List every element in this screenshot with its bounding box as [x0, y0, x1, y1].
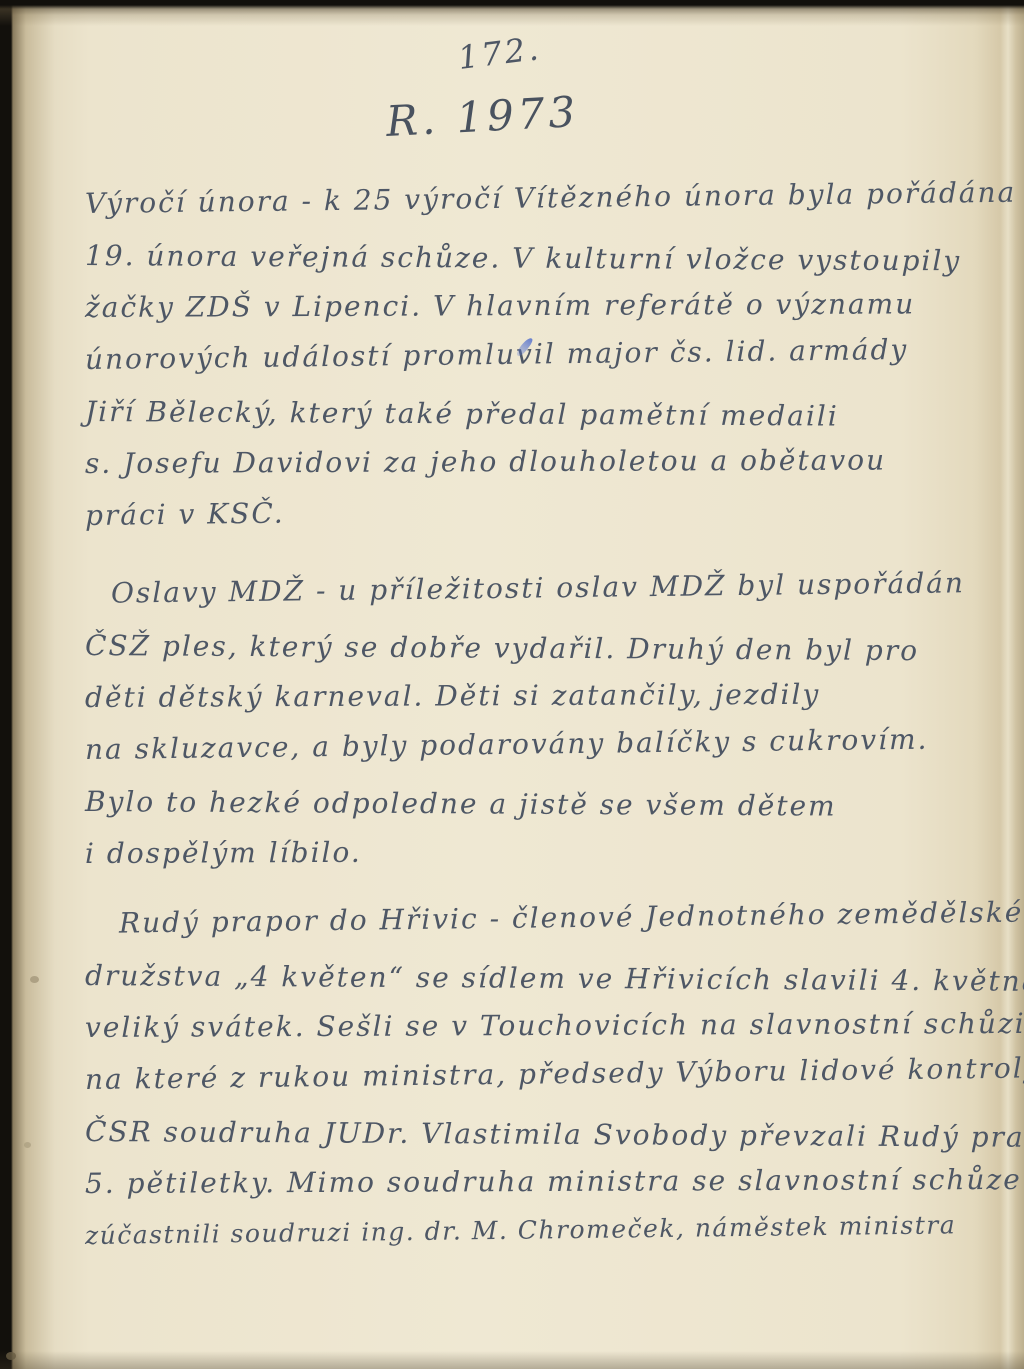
- handwritten-line: na skluzavce, a byly podarovány balíčky …: [85, 713, 986, 776]
- handwritten-line: Výročí února - k 25 výročí Vítězného úno…: [85, 167, 986, 230]
- chronicle-page: 172. R. 1973 Výročí února - k 25 výročí …: [0, 0, 1024, 1369]
- paragraph-vyroci-unora: Výročí února - k 25 výročí Vítězného úno…: [85, 178, 985, 542]
- paragraph-oslavy-mdz: Oslavy MDŽ - u příležitosti oslav MDŽ by…: [85, 568, 985, 880]
- paragraph-rudy-prapor: Rudý prapor do Hřivic - členové Jednotné…: [85, 898, 985, 1262]
- handwritten-line: Rudý prapor do Hřivic - členové Jednotné…: [85, 887, 986, 950]
- paper-speck: [30, 976, 39, 983]
- handwritten-line: na které z rukou ministra, předsedy Výbo…: [85, 1043, 986, 1106]
- page-number: 172.: [456, 29, 543, 77]
- handwritten-line: zúčastnili soudruzi ing. dr. M. Chromeče…: [85, 1199, 986, 1262]
- book-photo: 172. R. 1973 Výročí února - k 25 výročí …: [0, 0, 1024, 1369]
- paper-speck: [24, 1142, 31, 1148]
- handwritten-line: i dospělým líbilo.: [85, 824, 985, 880]
- handwritten-line: práci v KSČ.: [85, 479, 986, 542]
- year-heading: R. 1973: [385, 87, 581, 146]
- paper-speck: [6, 1352, 16, 1360]
- handwritten-line: Oslavy MDŽ - u příležitosti oslav MDŽ by…: [85, 557, 986, 620]
- handwritten-line: únorových událostí promluvil major čs. l…: [85, 323, 986, 386]
